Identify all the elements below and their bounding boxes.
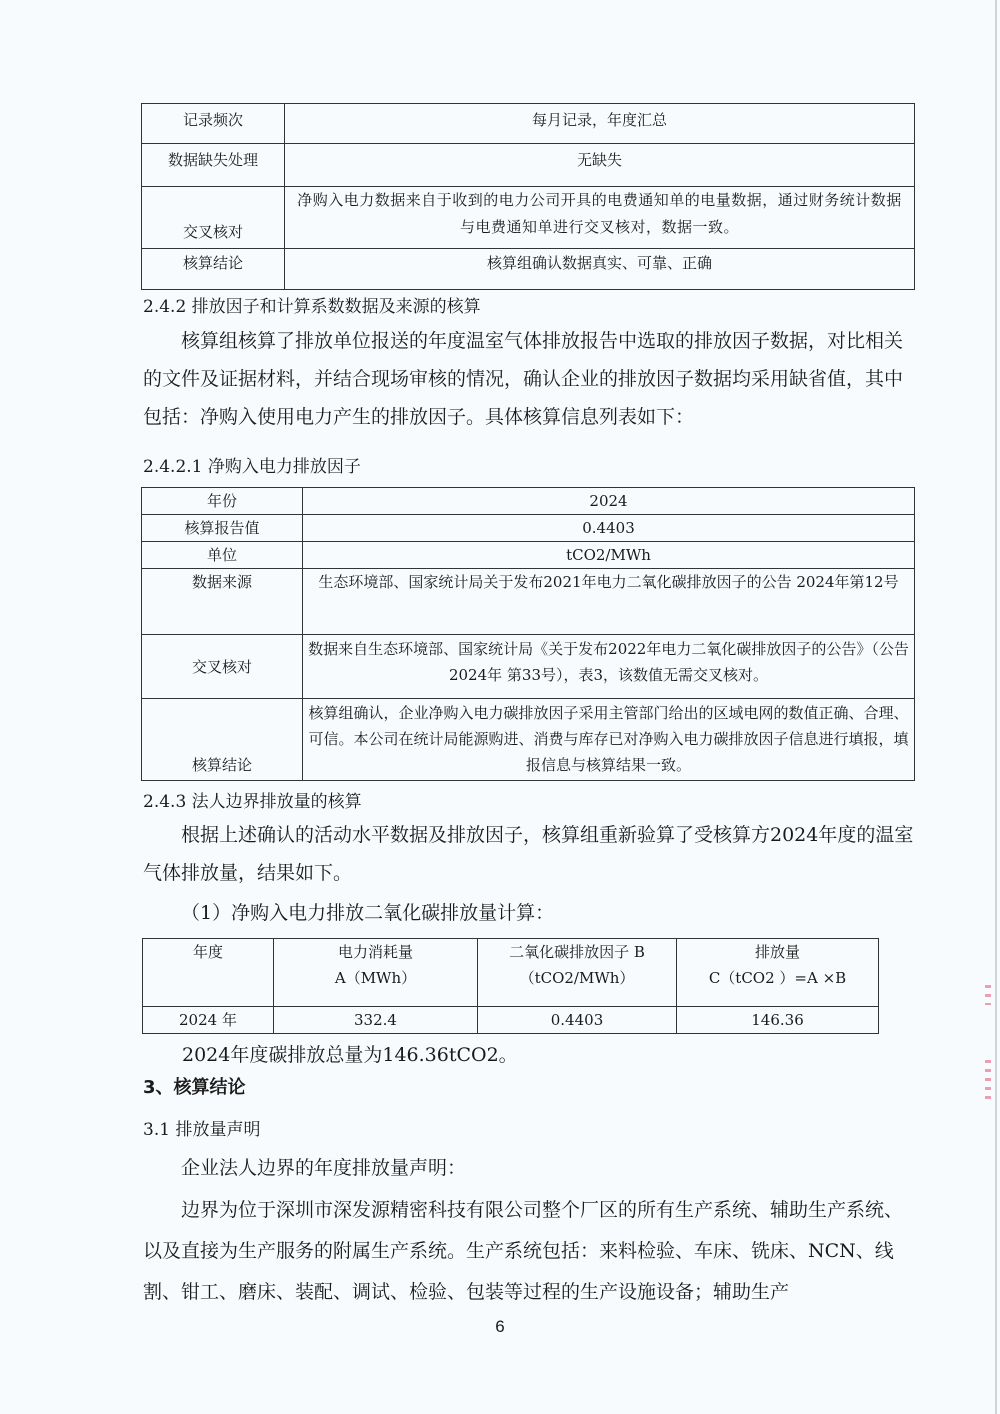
row-value: tCO2/MWh [303, 542, 915, 569]
seal-fragment [985, 985, 991, 1005]
section-paragraph-2-4-3: 根据上述确认的活动水平数据及排放因子，核算组重新验算了受核算方2024年度的温室… [143, 816, 918, 892]
cell-power: 332.4 [274, 1007, 478, 1034]
seal-fragment [985, 1060, 991, 1100]
total-emission-line: 2024年度碳排放总量为146.36tCO2。 [182, 1036, 882, 1074]
row-value: 生态环境部、国家统计局关于发布2021年电力二氧化碳排放因子的公告 2024年第… [303, 569, 915, 635]
sub-heading-2-4-2-1: 2.4.2.1 净购入电力排放因子 [143, 452, 361, 477]
row-label: 数据缺失处理 [142, 144, 285, 187]
table-row: 记录频次 每月记录，年度汇总 [142, 104, 915, 144]
item-1-heading: （1）净购入电力排放二氧化碳排放量计算： [143, 894, 918, 932]
row-label: 数据来源 [142, 569, 303, 635]
table-row: 核算结论 核算组确认，企业净购入电力碳排放因子采用主管部门给出的区域电网的数值正… [142, 699, 915, 781]
sub-heading-3-1: 3.1 排放量声明 [143, 1115, 260, 1140]
table-row: 单位 tCO2/MWh [142, 542, 915, 569]
table-row: 交叉核对 净购入电力数据来自于收到的电力公司开具的电费通知单的电量数据，通过财务… [142, 187, 915, 249]
boundary-paragraph: 边界为位于深圳市深发源精密科技有限公司整个厂区的所有生产系统、辅助生产系统、以及… [143, 1190, 918, 1313]
row-label: 核算结论 [142, 699, 303, 781]
row-value: 核算组确认，企业净购入电力碳排放因子采用主管部门给出的区域电网的数值正确、合理、… [303, 699, 915, 781]
cell-emission: 146.36 [677, 1007, 879, 1034]
page-number: 6 [0, 1317, 1000, 1337]
header-power-consumption: 电力消耗量 A（MWh） [274, 939, 478, 1007]
header-emission: 排放量 C（tCO2 ）=A ×B [677, 939, 879, 1007]
record-table: 记录频次 每月记录，年度汇总 数据缺失处理 无缺失 交叉核对 净购入电力数据来自… [141, 103, 915, 290]
row-label: 单位 [142, 542, 303, 569]
row-label: 年份 [142, 488, 303, 515]
header-co2-factor: 二氧化碳排放因子 B （tCO2/MWh） [478, 939, 677, 1007]
cell-factor: 0.4403 [478, 1007, 677, 1034]
table-header-row: 年度 电力消耗量 A（MWh） 二氧化碳排放因子 B （tCO2/MWh） 排放… [143, 939, 879, 1007]
row-label: 核算报告值 [142, 515, 303, 542]
section-heading-2-4-2: 2.4.2 排放因子和计算系数数据及来源的核算 [143, 292, 481, 317]
section-heading-3: 3、核算结论 [143, 1073, 246, 1099]
table-row: 核算结论 核算组确认数据真实、可靠、正确 [142, 249, 915, 290]
row-value: 无缺失 [285, 144, 915, 187]
row-value: 数据来自生态环境部、国家统计局《关于发布2022年电力二氧化碳排放因子的公告》（… [303, 635, 915, 699]
row-value: 净购入电力数据来自于收到的电力公司开具的电费通知单的电量数据，通过财务统计数据与… [285, 187, 915, 249]
table-row: 年份 2024 [142, 488, 915, 515]
header-year: 年度 [143, 939, 274, 1007]
table-row: 数据缺失处理 无缺失 [142, 144, 915, 187]
section-paragraph-2-4-2: 核算组核算了排放单位报送的年度温室气体排放报告中选取的排放因子数据，对比相关的文… [143, 322, 918, 436]
row-value: 每月记录，年度汇总 [285, 104, 915, 144]
cell-year: 2024 年 [143, 1007, 274, 1034]
emission-factor-table: 年份 2024 核算报告值 0.4403 单位 tCO2/MWh 数据来源 生态… [141, 487, 915, 781]
section-heading-2-4-3: 2.4.3 法人边界排放量的核算 [143, 787, 362, 812]
row-label: 交叉核对 [142, 635, 303, 699]
table-row: 交叉核对 数据来自生态环境部、国家统计局《关于发布2022年电力二氧化碳排放因子… [142, 635, 915, 699]
table-row: 2024 年 332.4 0.4403 146.36 [143, 1007, 879, 1034]
row-label: 核算结论 [142, 249, 285, 290]
statement-intro: 企业法人边界的年度排放量声明： [143, 1149, 918, 1187]
row-value: 2024 [303, 488, 915, 515]
row-label: 交叉核对 [142, 187, 285, 249]
row-value: 核算组确认数据真实、可靠、正确 [285, 249, 915, 290]
row-value: 0.4403 [303, 515, 915, 542]
table-row: 核算报告值 0.4403 [142, 515, 915, 542]
page-edge [995, 0, 997, 1414]
table-row: 数据来源 生态环境部、国家统计局关于发布2021年电力二氧化碳排放因子的公告 2… [142, 569, 915, 635]
row-label: 记录频次 [142, 104, 285, 144]
emission-calc-table: 年度 电力消耗量 A（MWh） 二氧化碳排放因子 B （tCO2/MWh） 排放… [142, 938, 879, 1034]
